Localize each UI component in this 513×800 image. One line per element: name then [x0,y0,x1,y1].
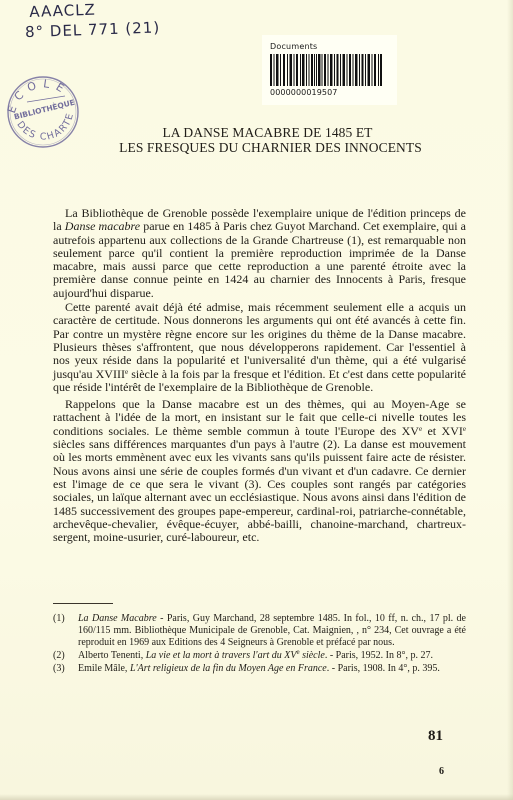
footnote-3: (3) Emile Mâle, L'Art religieux de la fi… [53,663,466,675]
paragraph-2: Cette parenté avait déjà été admise, mai… [53,301,466,394]
footnote-number: (1) [53,613,78,649]
paragraph-1: La Bibliothèque de Grenoble possède l'ex… [53,207,466,300]
article-title: LA DANSE MACABRE DE 1485 ET LES FRESQUES… [0,125,513,155]
footnote-1: (1) La Danse Macabre - Paris, Guy Marcha… [53,613,466,649]
barcode-label: Documents [262,35,397,105]
footnotes: (1) La Danse Macabre - Paris, Guy Marcha… [53,613,466,676]
footnote-number: (3) [53,663,78,675]
footnote-number: (2) [53,650,78,662]
sheet-number: 6 [439,766,444,777]
title-line-2: LES FRESQUES DU CHARNIER DES INNOCENTS [0,140,513,155]
paragraph-3: Rappelons que la Danse macabre est un de… [53,398,466,544]
barcode-number: 0000000019507 [270,88,337,97]
page-bottom-shadow [0,794,513,800]
article-body: La Bibliothèque de Grenoble possède l'ex… [53,207,466,545]
title-line-1: LA DANSE MACABRE DE 1485 ET [0,125,513,140]
footnote-divider [53,603,113,604]
barcode-category-label: Documents [270,42,317,51]
footnote-2: (2) Alberto Tenenti, La vie et la mort à… [53,650,466,662]
page-edge-shadow [507,0,513,800]
barcode-icon [270,54,382,86]
italic-title: Danse macabre [65,219,140,233]
page-number: 81 [428,728,443,745]
handwritten-call-number: AAACLZ 8° DEL 771 (21) [28,0,160,42]
